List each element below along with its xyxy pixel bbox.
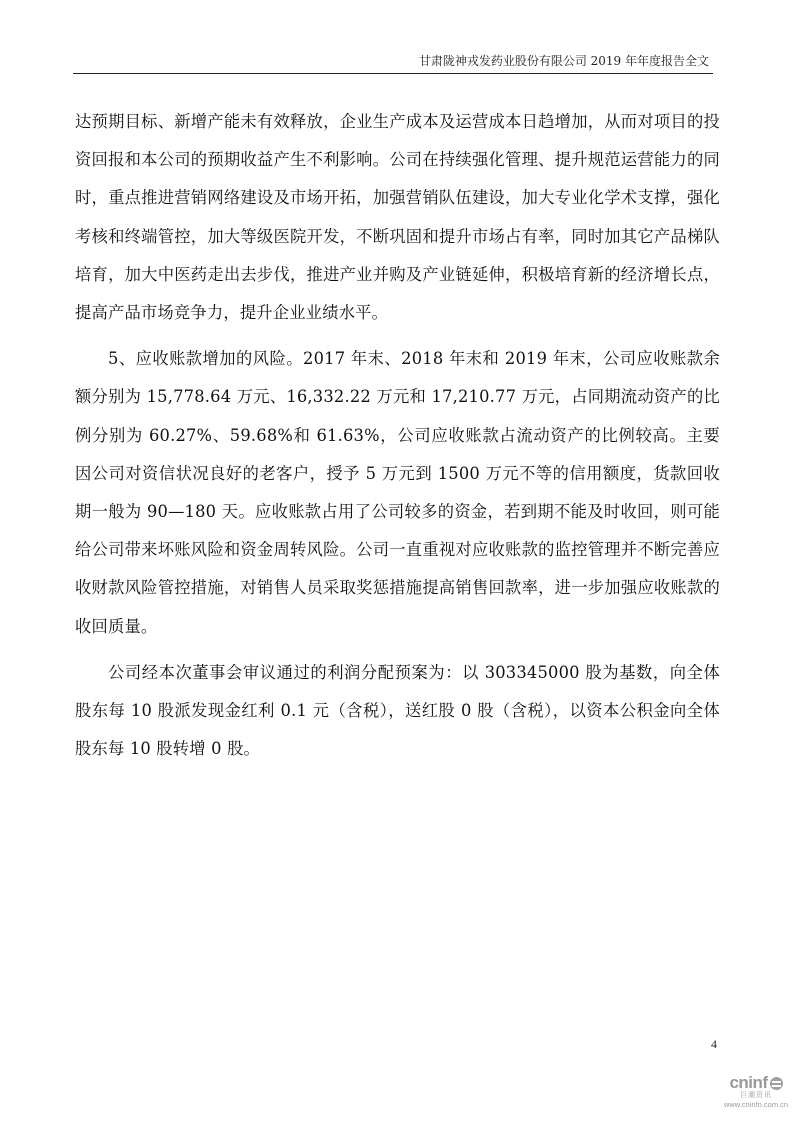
paragraph-receivables-risk: 5、应收账款增加的风险。2017 年末、2018 年末和 2019 年末，公司应… (75, 340, 720, 646)
paragraph-operations-risk: 达预期目标、新增产能未有效释放，企业生产成本及运营成本日趋增加，从而对项目的投资… (75, 103, 720, 332)
watermark-logo: cninf (720, 1075, 792, 1091)
document-body: 达预期目标、新增产能未有效释放，企业生产成本及运营成本日趋增加，从而对项目的投资… (75, 103, 720, 768)
watermark-logo-text: cninf (729, 1075, 767, 1091)
paragraph-gap (75, 646, 720, 654)
watermark-chinese-name: 巨潮资讯 (720, 1091, 792, 1100)
document-header-title: 甘肃陇神戎发药业股份有限公司 2019 年年度报告全文 (419, 52, 709, 69)
header-divider (73, 73, 713, 74)
cninfo-logo-icon (770, 1077, 783, 1090)
watermark-url: www.cninfo.com.cn (720, 1100, 792, 1109)
page-number: 4 (711, 1037, 717, 1052)
paragraph-gap (75, 332, 720, 340)
paragraph-profit-distribution: 公司经本次董事会审议通过的利润分配预案为：以 303345000 股为基数，向全… (75, 654, 720, 769)
cninfo-watermark: cninf 巨潮资讯 www.cninfo.com.cn (720, 1075, 792, 1109)
